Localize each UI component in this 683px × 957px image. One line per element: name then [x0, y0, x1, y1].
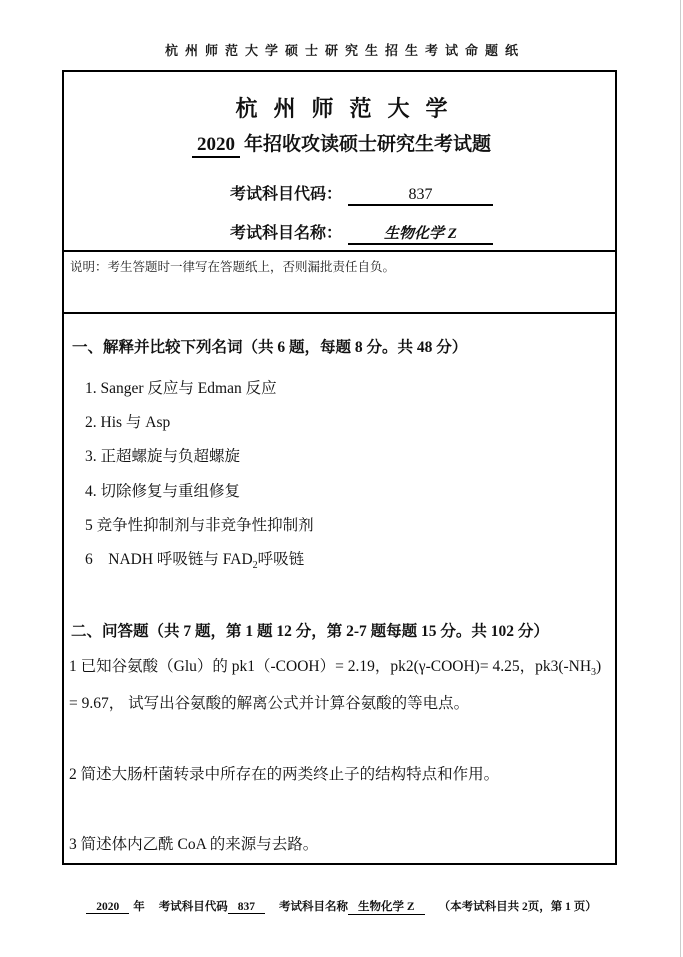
footer-code-value: 837 — [228, 901, 265, 914]
subject-name-row: 考试科目名称：生物化学 Z — [230, 220, 493, 245]
footer-name-label: 考试科目名称 — [279, 901, 348, 913]
notice-label: 说明： — [70, 260, 108, 274]
exam-paper-page: 杭州师范大学硕士研究生招生考试命题纸 杭州师范大学 2020年招收攻读硕士研究生… — [0, 0, 683, 957]
section1-item-1: 1. Sanger 反应与 Edman 反应 — [85, 376, 277, 398]
section1-item-5: 5 竞争性抑制剂与非竞争性抑制剂 — [85, 513, 314, 535]
item6-post: 呼吸链 — [258, 551, 305, 568]
footer-year-suffix: 年 — [133, 901, 145, 913]
exam-title: 2020年招收攻读硕士研究生考试题 — [0, 129, 683, 158]
section1-item-2: 2. His 与 Asp — [85, 410, 170, 432]
section2-question-3: 3 简述体内乙酰 CoA 的来源与去路。 — [69, 832, 318, 854]
section1-item-6: 6 NADH 呼吸链与 FAD2呼吸链 — [85, 547, 304, 571]
subject-code-row: 考试科目代码：837 — [230, 181, 493, 206]
section2-heading: 二、问答题（共 7 题，第 1 题 12 分，第 2-7 题每题 15 分。共 … — [71, 619, 549, 641]
notice-text: 说明：考生答题时一律写在答题纸上，否则漏批责任自负。 — [70, 257, 395, 275]
section2-question-1-line-1: 1 已知谷氨酸（Glu）的 pk1（-COOH）= 2.19，pk2(γ-COO… — [69, 654, 601, 678]
subject-name-value: 生物化学 Z — [348, 222, 493, 245]
page-header-title: 杭州师范大学硕士研究生招生考试命题纸 — [0, 40, 683, 59]
section1-item-4: 4. 切除修复与重组修复 — [85, 479, 240, 501]
section2-question-1-line-2: = 9.67， 试写出谷氨酸的解离公式并计算谷氨酸的等电点。 — [69, 691, 469, 713]
subject-code-value: 837 — [348, 186, 493, 206]
section1-item-3: 3. 正超螺旋与负超螺旋 — [85, 444, 240, 466]
notice-body: 考生答题时一律写在答题纸上，否则漏批责任自负。 — [108, 260, 396, 274]
footer-year: 2020 — [86, 901, 129, 914]
footer-code-label: 考试科目代码 — [159, 901, 228, 913]
exam-title-text: 年招收攻读硕士研究生考试题 — [244, 134, 491, 155]
q1-line1-post: ) — [596, 658, 601, 675]
subject-code-label: 考试科目代码： — [230, 186, 342, 203]
section2-question-2: 2 简述大肠杆菌转录中所存在的两类终止子的结构特点和作用。 — [69, 762, 499, 784]
q1-line1-pre: 1 已知谷氨酸（Glu）的 pk1（-COOH）= 2.19，pk2(γ-COO… — [69, 658, 591, 675]
item6-pre: 6 NADH 呼吸链与 FAD — [85, 551, 253, 568]
page-footer: 2020年考试科目代码837考试科目名称生物化学 Z（本考试科目共 2页，第 1… — [0, 898, 683, 915]
notice-divider — [64, 312, 615, 314]
subject-name-label: 考试科目名称： — [230, 225, 342, 242]
footer-name-value: 生物化学 Z — [348, 898, 425, 915]
exam-year: 2020 — [192, 134, 240, 158]
university-title: 杭州师范大学 — [0, 92, 683, 123]
section1-heading: 一、解释并比较下列名词（共 6 题，每题 8 分。共 48 分） — [72, 335, 467, 357]
footer-page-info: （本考试科目共 2页，第 1 页） — [439, 901, 597, 913]
header-divider — [64, 250, 615, 252]
viewer-edge-line — [680, 0, 681, 957]
